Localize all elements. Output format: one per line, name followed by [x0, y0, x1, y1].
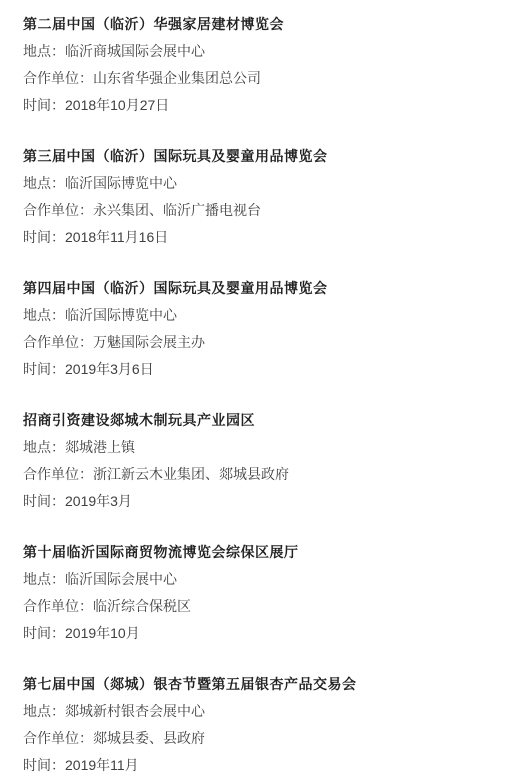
event-title: 招商引资建设郯城木制玩具产业园区	[23, 407, 491, 434]
time-label: 时间：	[23, 361, 65, 377]
event-block: 第七届中国（郯城）银杏节暨第五届银杏产品交易会 地点：郯城新村银杏会展中心 合作…	[23, 671, 491, 776]
event-block: 第四届中国（临沂）国际玩具及婴童用品博览会 地点：临沂国际博览中心 合作单位：万…	[23, 275, 491, 383]
time-value: 2019年10月	[65, 625, 140, 641]
partner-value: 山东省华强企业集团总公司	[93, 70, 261, 86]
location-label: 地点：	[23, 43, 65, 59]
location-value: 郯城新村银杏会展中心	[65, 703, 205, 719]
time-value: 2018年10月27日	[65, 97, 169, 113]
partner-value: 永兴集团、临沂广播电视台	[93, 202, 261, 218]
event-block: 招商引资建设郯城木制玩具产业园区 地点：郯城港上镇 合作单位：浙江新云木业集团、…	[23, 407, 491, 515]
event-time-line: 时间：2019年3月	[23, 488, 491, 515]
location-value: 郯城港上镇	[65, 439, 135, 455]
location-value: 临沂国际会展中心	[65, 571, 177, 587]
time-label: 时间：	[23, 625, 65, 641]
event-location-line: 地点：临沂国际博览中心	[23, 302, 491, 329]
event-block: 第十届临沂国际商贸物流博览会综保区展厅 地点：临沂国际会展中心 合作单位：临沂综…	[23, 539, 491, 647]
event-partner-line: 合作单位：永兴集团、临沂广播电视台	[23, 197, 491, 224]
event-title: 第二届中国（临沂）华强家居建材博览会	[23, 11, 491, 38]
time-value: 2018年11月16日	[65, 229, 168, 245]
time-label: 时间：	[23, 229, 65, 245]
event-time-line: 时间：2018年11月16日	[23, 224, 491, 251]
event-partner-line: 合作单位：山东省华强企业集团总公司	[23, 65, 491, 92]
time-label: 时间：	[23, 493, 65, 509]
location-value: 临沂国际博览中心	[65, 307, 177, 323]
partner-label: 合作单位：	[23, 598, 93, 614]
time-value: 2019年3月	[65, 493, 132, 509]
time-label: 时间：	[23, 757, 65, 773]
event-block: 第二届中国（临沂）华强家居建材博览会 地点：临沂商城国际会展中心 合作单位：山东…	[23, 11, 491, 119]
event-location-line: 地点：临沂国际博览中心	[23, 170, 491, 197]
partner-value: 临沂综合保税区	[93, 598, 191, 614]
partner-label: 合作单位：	[23, 466, 93, 482]
partner-label: 合作单位：	[23, 334, 93, 350]
location-label: 地点：	[23, 571, 65, 587]
event-location-line: 地点：临沂商城国际会展中心	[23, 38, 491, 65]
event-time-line: 时间：2018年10月27日	[23, 92, 491, 119]
partner-label: 合作单位：	[23, 730, 93, 746]
location-value: 临沂商城国际会展中心	[65, 43, 205, 59]
event-list: 第二届中国（临沂）华强家居建材博览会 地点：临沂商城国际会展中心 合作单位：山东…	[23, 11, 491, 776]
partner-label: 合作单位：	[23, 202, 93, 218]
event-location-line: 地点：郯城新村银杏会展中心	[23, 698, 491, 725]
event-location-line: 地点：临沂国际会展中心	[23, 566, 491, 593]
event-list-page: 第二届中国（临沂）华强家居建材博览会 地点：临沂商城国际会展中心 合作单位：山东…	[0, 0, 511, 776]
partner-value: 万魅国际会展主办	[93, 334, 205, 350]
time-value: 2019年3月6日	[65, 361, 154, 377]
location-label: 地点：	[23, 439, 65, 455]
time-label: 时间：	[23, 97, 65, 113]
event-partner-line: 合作单位：万魅国际会展主办	[23, 329, 491, 356]
event-partner-line: 合作单位：郯城县委、县政府	[23, 725, 491, 752]
event-location-line: 地点：郯城港上镇	[23, 434, 491, 461]
event-partner-line: 合作单位：浙江新云木业集团、郯城县政府	[23, 461, 491, 488]
event-title: 第十届临沂国际商贸物流博览会综保区展厅	[23, 539, 491, 566]
partner-value: 郯城县委、县政府	[93, 730, 205, 746]
partner-value: 浙江新云木业集团、郯城县政府	[93, 466, 289, 482]
event-time-line: 时间：2019年3月6日	[23, 356, 491, 383]
partner-label: 合作单位：	[23, 70, 93, 86]
event-partner-line: 合作单位：临沂综合保税区	[23, 593, 491, 620]
time-value: 2019年11月	[65, 757, 139, 773]
event-title: 第三届中国（临沂）国际玩具及婴童用品博览会	[23, 143, 491, 170]
event-time-line: 时间：2019年11月	[23, 752, 491, 776]
event-title: 第四届中国（临沂）国际玩具及婴童用品博览会	[23, 275, 491, 302]
location-label: 地点：	[23, 175, 65, 191]
event-title: 第七届中国（郯城）银杏节暨第五届银杏产品交易会	[23, 671, 491, 698]
location-label: 地点：	[23, 703, 65, 719]
event-time-line: 时间：2019年10月	[23, 620, 491, 647]
location-label: 地点：	[23, 307, 65, 323]
location-value: 临沂国际博览中心	[65, 175, 177, 191]
event-block: 第三届中国（临沂）国际玩具及婴童用品博览会 地点：临沂国际博览中心 合作单位：永…	[23, 143, 491, 251]
